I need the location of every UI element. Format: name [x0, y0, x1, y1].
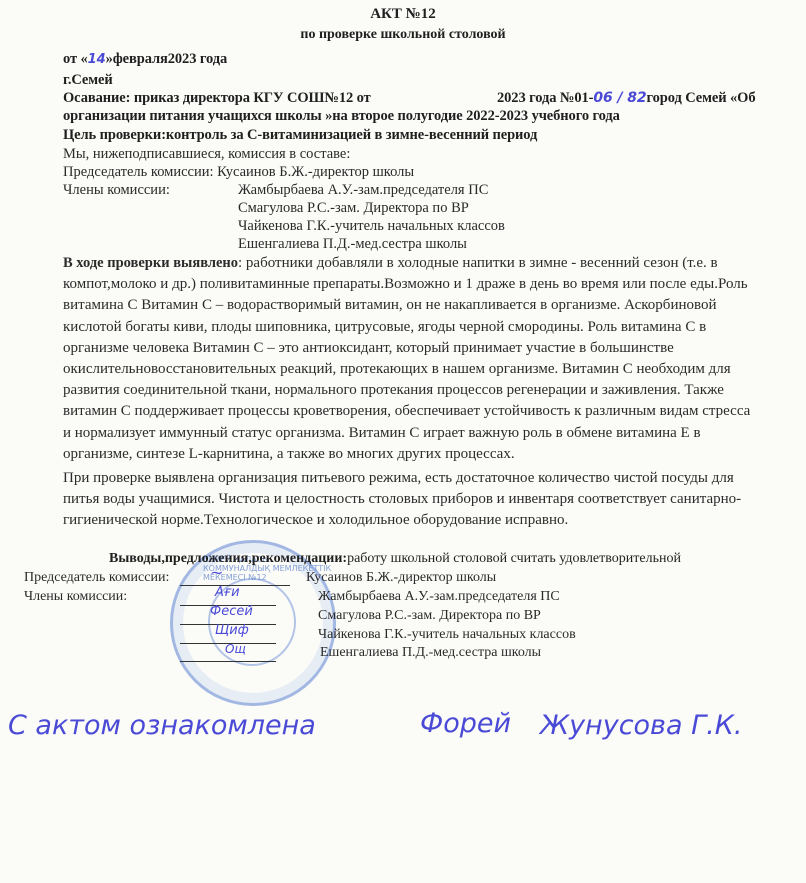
- commission-member: Жамбырбаева А.У.-зам.председателя ПС: [238, 182, 488, 199]
- basis-number: 2023 года №01-06 / 82город Семей «Об: [497, 90, 756, 107]
- findings-paragraph: В ходе проверки выявлено: работники доба…: [63, 253, 753, 465]
- basis-line-2: организации питания учащихся школы »на в…: [63, 108, 620, 125]
- purpose: Цель проверки:контроль за С-витаминизаци…: [63, 127, 537, 144]
- basis-label: Осавание: приказ директора КГУ СОШ№12 от: [63, 90, 371, 107]
- commission-members-label: Члены комиссии:: [63, 182, 170, 199]
- signature: Фесей: [210, 604, 253, 619]
- handwritten-day: 14: [88, 52, 106, 67]
- acknowledgement-signature: Форей: [420, 708, 511, 739]
- acknowledgement-handwritten: С актом ознакомлена: [8, 710, 316, 741]
- city: г.Семей: [63, 72, 113, 89]
- signature: Ощ: [225, 642, 246, 656]
- conclusions: Выводы,предложения,рекомендации:работу ш…: [109, 551, 681, 567]
- document-title: АКТ №12: [0, 6, 806, 23]
- commission-member: Смагулова Р.С.-зам. Директора по ВР: [238, 200, 469, 217]
- document-subtitle: по проверке школьной столовой: [0, 27, 806, 43]
- signature-chair: ~: [210, 563, 223, 582]
- signature-member: Ешенгалиева П.Д.-мед.сестра школы: [320, 645, 541, 661]
- document-page: АКТ №12 по проверке школьной столовой от…: [0, 0, 806, 883]
- date-line: от «14»февраля2023 года: [63, 51, 227, 68]
- signature-chair-name: Кусаинов Б.Ж.-директор школы: [306, 570, 496, 586]
- acknowledgement-name: Жунусова Г.К.: [540, 710, 742, 741]
- signature: Щиф: [215, 623, 249, 638]
- signature-member: Смагулова Р.С.-зам. Директора по ВР: [318, 608, 541, 624]
- signature-members-label: Члены комиссии:: [24, 589, 127, 605]
- drinking-paragraph: При проверке выявлена организация питьев…: [63, 468, 753, 532]
- signature-member: Жамбырбаева А.У.-зам.председателя ПС: [318, 589, 560, 605]
- commission-intro: Мы, нижеподписавшиеся, комиссия в состав…: [63, 146, 350, 163]
- signature: Ағи: [215, 585, 240, 600]
- signature-member: Чайкенова Г.К.-учитель начальных классов: [318, 627, 576, 643]
- signature-chair-label: Председатель комиссии:: [24, 570, 169, 586]
- commission-member: Ешенгалиева П.Д.-мед.сестра школы: [238, 236, 467, 253]
- commission-chair: Председатель комиссии: Кусаинов Б.Ж.-дир…: [63, 164, 414, 181]
- signature-line: [180, 661, 276, 662]
- handwritten-order-number: 06 / 82: [593, 90, 646, 106]
- commission-member: Чайкенова Г.К.-учитель начальных классов: [238, 218, 505, 235]
